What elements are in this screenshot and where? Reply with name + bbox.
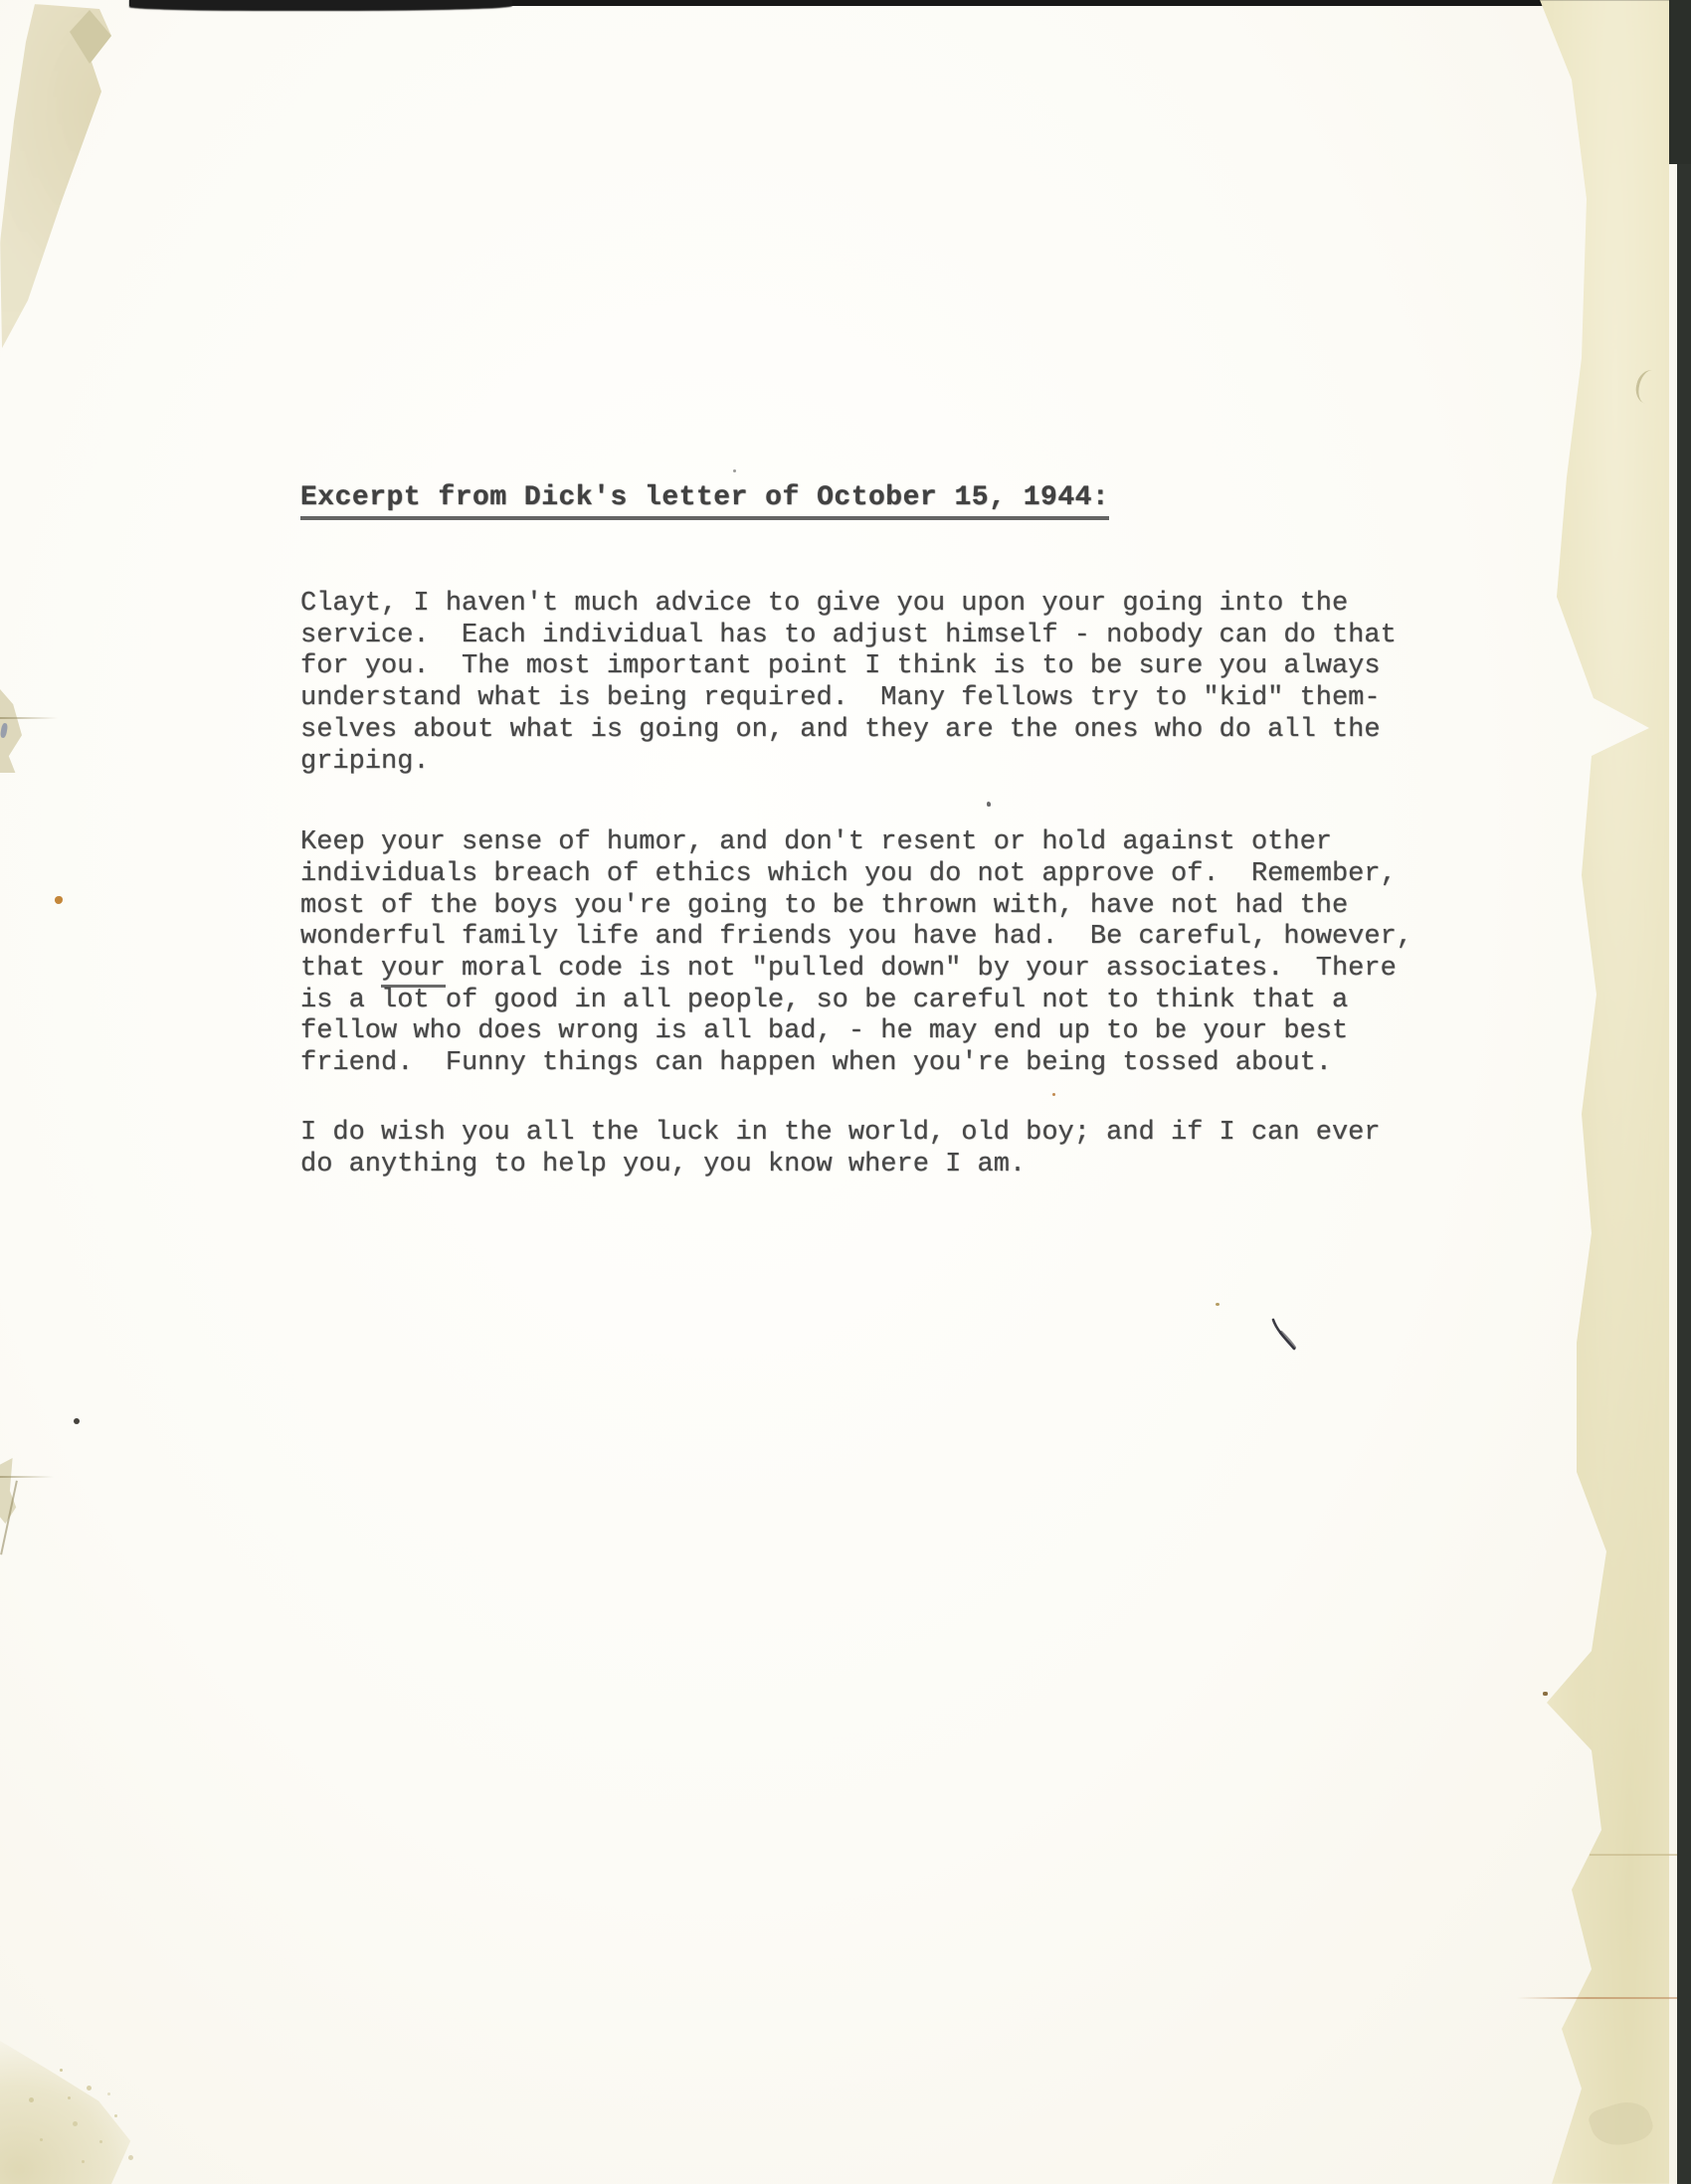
letter-line: fellow who does wrong is all bad, - he m… xyxy=(300,1016,1474,1048)
letter-paragraph: Clayt, I haven't much advice to give you… xyxy=(300,589,1474,778)
letter-line: understand what is being required. Many … xyxy=(300,683,1474,715)
stain-dot-dark xyxy=(74,1418,80,1424)
letter-paragraph: I do wish you all the luck in the world,… xyxy=(300,1118,1474,1181)
crease-line-left-upper xyxy=(0,717,58,719)
scan-edge-right xyxy=(1677,0,1691,2184)
letter-line: I do wish you all the luck in the world,… xyxy=(300,1118,1474,1150)
scan-edge-right-top xyxy=(1669,0,1691,164)
letter-line: service. Each individual has to adjust h… xyxy=(300,621,1474,652)
tape-remnant-top-left xyxy=(0,4,259,352)
speck xyxy=(1543,1692,1548,1696)
stain-dot-orange xyxy=(55,896,63,904)
scanned-letter-page: Excerpt from Dick's letter of October 15… xyxy=(0,0,1691,2184)
letter-line: Clayt, I haven't much advice to give you… xyxy=(300,589,1474,621)
wrinkle-blotch-bottom-left xyxy=(0,2041,159,2184)
letter-line: friend. Funny things can happen when you… xyxy=(300,1048,1474,1080)
underlined-word: your xyxy=(381,954,446,988)
crease-line-left-lower xyxy=(0,1476,54,1478)
letter-line: is a lot of good in all people, so be ca… xyxy=(300,986,1474,1017)
paper-crease-line xyxy=(1517,1997,1691,1999)
speck xyxy=(733,469,736,472)
tape-residue-right xyxy=(1532,0,1671,2184)
letter-paragraphs: Clayt, I haven't much advice to give you… xyxy=(300,589,1474,1181)
wrinkle-speckles xyxy=(60,2069,63,2072)
letter-line: Keep your sense of humor, and don't rese… xyxy=(300,827,1474,859)
letter-line: selves about what is going on, and they … xyxy=(300,715,1474,747)
letter-line: griping. xyxy=(300,747,1474,779)
letter-line: wonderful family life and friends you ha… xyxy=(300,922,1474,954)
paper-crease-line-faint xyxy=(1590,1854,1691,1856)
letter-title: Excerpt from Dick's letter of October 15… xyxy=(300,481,1109,520)
letter-line: for you. The most important point I thin… xyxy=(300,651,1474,683)
letter-line: most of the boys you're going to be thro… xyxy=(300,891,1474,923)
pen-check-mark xyxy=(1261,1311,1309,1359)
letter-line: do anything to help you, you know where … xyxy=(300,1150,1474,1182)
letter-paragraph: Keep your sense of humor, and don't rese… xyxy=(300,827,1474,1080)
letter-line: individuals breach of ethics which you d… xyxy=(300,859,1474,891)
speck xyxy=(1216,1303,1220,1306)
letter-line: that your moral code is not "pulled down… xyxy=(300,954,1474,986)
letter-body: Excerpt from Dick's letter of October 15… xyxy=(300,481,1474,1181)
scan-edge-top-shadow xyxy=(129,0,512,11)
